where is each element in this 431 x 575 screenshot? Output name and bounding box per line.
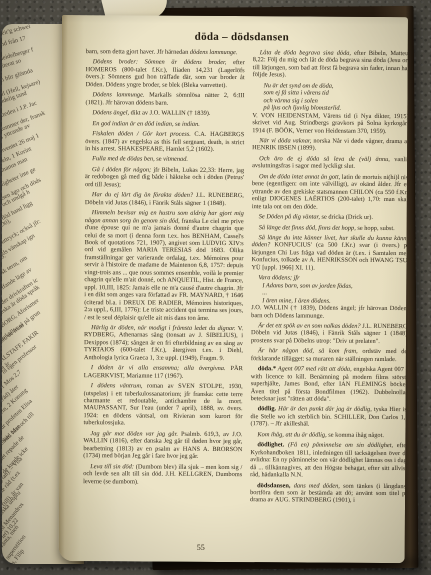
entry-text: dikt av J.O. WALLIN († 1839).	[131, 110, 211, 117]
entry-text: se dricka (Drick ur).	[321, 214, 372, 221]
dictionary-entry: Gå i döden för någon; jfr Bibeln, Lukas …	[85, 166, 244, 189]
dictionary-entry: Se Döden på dig väntar, se dricka (Drick…	[252, 213, 408, 221]
dictionary-entry: Är det ett spök av en som nalkas döden? …	[251, 322, 408, 345]
dictionary-entry: Jag går mot döden var jag går. Psalmb. 6…	[83, 430, 242, 461]
entry-lead: Jag går mot döden var jag går.	[90, 430, 181, 438]
entry-lead: Agent 007 med rätt att döda,	[278, 366, 354, 373]
entry-lead: Vara dödens; jfr	[258, 274, 299, 281]
dictionary-entry: Så länge det finns död, finns det hopp, …	[252, 224, 408, 232]
dictionary-entry: Kom ihåg, att du är dödlig, se komma ihå…	[250, 431, 408, 439]
entry-lead: Så länge det finns död, finns det hopp,	[259, 224, 358, 232]
entry-text: KONFUCIUS' (ca 500 f.Kr.) svar (i övers.…	[251, 242, 408, 272]
entry-lead: En god indian är en död indian,	[92, 120, 175, 128]
entry-tail-reference: indian.	[182, 120, 200, 127]
entry-text: barn, som detta gjort haver. Jfr härneda…	[86, 48, 190, 56]
dictionary-entry: Låta de döda begrava sina döda, efter Bi…	[253, 49, 408, 80]
entry-text: se	[175, 120, 182, 127]
dictionary-entry: dödlig. Här är den punkt där jag är dödl…	[250, 406, 408, 429]
entry-lead: Här är den punkt där jag är dödlig,	[278, 406, 374, 414]
entry-headword: dödsdansen,	[257, 482, 294, 489]
entry-lead: (Få en) påminnelse om sin dödlighet,	[288, 442, 397, 450]
entry-headword: döda.*	[258, 365, 278, 372]
dictionary-entry: Leva till sin död: (Dumbom blev) illa sj…	[83, 463, 242, 486]
entry-lead: Leva till sin död:	[90, 463, 136, 470]
entry-text: franska Le ciel me prive d'une épouse qu…	[84, 217, 244, 321]
entry-lead: Är det ett spök av en som nalkas döden?	[258, 322, 362, 330]
dictionary-entry: Härlig är döden, när modigt i främsta le…	[84, 324, 243, 362]
entry-lead: dans med döden,	[294, 482, 343, 489]
dictionary-entry: dödsdansen, dans med döden, som tänkes (…	[250, 482, 408, 505]
dictionary-entry: Dödens ängel, dikt av J.O. WALLIN († 183…	[85, 109, 244, 117]
entry-lead: Fiskalen döden / Gör kort process.	[92, 130, 194, 138]
entry-lead: Har du ej lärt dig än förakta döden?	[92, 191, 196, 199]
column-left: barn, som detta gjort haver. Jfr härneda…	[83, 48, 245, 507]
dictionary-entry: Nu är det synd om de döda,som ej få sitt…	[252, 82, 408, 135]
dictionary-entry: döda.* Agent 007 med rätt att döda, enge…	[251, 365, 408, 403]
photo-of-book: { "colors": { "background": "#57544b", "…	[0, 0, 431, 575]
entry-text: se komma ihåg något.	[328, 431, 384, 438]
dictionary-entry: Så länge du inte känner livet, hur skull…	[251, 234, 408, 272]
entry-lead: Låta de döda begrava sina döda,	[260, 49, 354, 57]
entry-lead: När vi döda vaknar,	[259, 137, 313, 144]
dictionary-entry: I döden är vi alla ensamma; alla övergiv…	[84, 364, 243, 380]
running-header: döda – dödsdansen	[62, 30, 408, 44]
dictionary-entry: Fulla med de dödas ben, se vitmenad.	[85, 156, 244, 164]
entry-tail-reference: dödens lammunge.	[190, 49, 238, 56]
entry-lead: Kom ihåg, att du är dödlig,	[257, 431, 328, 438]
entry-text: se hopp, subst.	[357, 224, 394, 231]
dictionary-entry: En god indian är en död indian, se india…	[85, 120, 244, 128]
entry-lead: I dödens väntrum,	[91, 382, 147, 389]
entry-lead: Fulla med de dödas ben,	[92, 156, 156, 163]
column-right: Låta de döda begrava sina döda, efter Bi…	[250, 49, 408, 508]
dictionary-entry: Är här någon död, så kom fram, ordstäv m…	[251, 347, 408, 363]
entry-tail-reference: vitmenad.	[163, 156, 188, 163]
left-page-text-fragment: (Dö),	[2, 217, 12, 229]
dictionary-entry: Vara dödens; jfr I Adams barn, som av jo…	[251, 274, 408, 320]
page-number: 55	[197, 543, 205, 552]
entry-lead: Se Döden på dig väntar,	[259, 213, 322, 220]
entry-text: roman av SVEN STOLPE, 1930, (utspelas) i…	[83, 383, 242, 427]
entry-lead: Dödens ängel,	[92, 109, 130, 116]
dictionary-entry: Dödens broder: Sömnen är dödens broder, …	[86, 59, 245, 90]
dictionary-entry: Om de döda intet annat än gott, latin de…	[252, 173, 408, 211]
text-columns: barn, som detta gjort haver. Jfr härneda…	[59, 48, 408, 508]
right-page: döda – dödsdansen barn, som detta gjort …	[59, 15, 408, 563]
dictionary-entry: Fiskalen döden / Gör kort process. C.A. …	[85, 130, 244, 153]
entry-lead: Gå i döden för någon;	[92, 166, 153, 173]
dictionary-entry: Och äro de ej döda så leva de (väl) ännu…	[252, 155, 408, 171]
dictionary-entry: I dödens väntrum, roman av SVEN STOLPE, …	[83, 382, 242, 428]
verse-line: I Adams barn, som av jorden födas,	[262, 282, 408, 290]
entry-text: J.O. WALLIN († 1839), Dödens ängel; jfr …	[251, 304, 408, 320]
dictionary-entry: Har du ej lärt dig än förakta döden? J.L…	[85, 191, 244, 207]
dictionary-entry: barn, som detta gjort haver. Jfr härneda…	[86, 48, 245, 56]
entry-text: V. VON HEIDENSTAM, Vårens tid (i Nya dik…	[252, 112, 408, 135]
dictionary-entry: Himmeln bevisar mig en hustru som aldrig…	[84, 209, 244, 322]
entry-lead: Är här någon död, så kom fram,	[258, 348, 362, 356]
entry-headword: dödlig.	[258, 406, 279, 413]
entry-lead: Dödens lammunge.	[92, 91, 149, 98]
entry-headword: dödlighet.	[257, 441, 288, 448]
dictionary-entry: Dödens lammunge. Markalls sömnlösa nätte…	[85, 91, 244, 107]
dictionary-entry: dödlighet. (Få en) påminnelse om sin död…	[250, 441, 408, 479]
dictionary-entry: När vi döda vaknar, norska Når vi døde v…	[252, 137, 408, 153]
entry-lead: Om de döda intet annat än gott,	[259, 173, 342, 181]
